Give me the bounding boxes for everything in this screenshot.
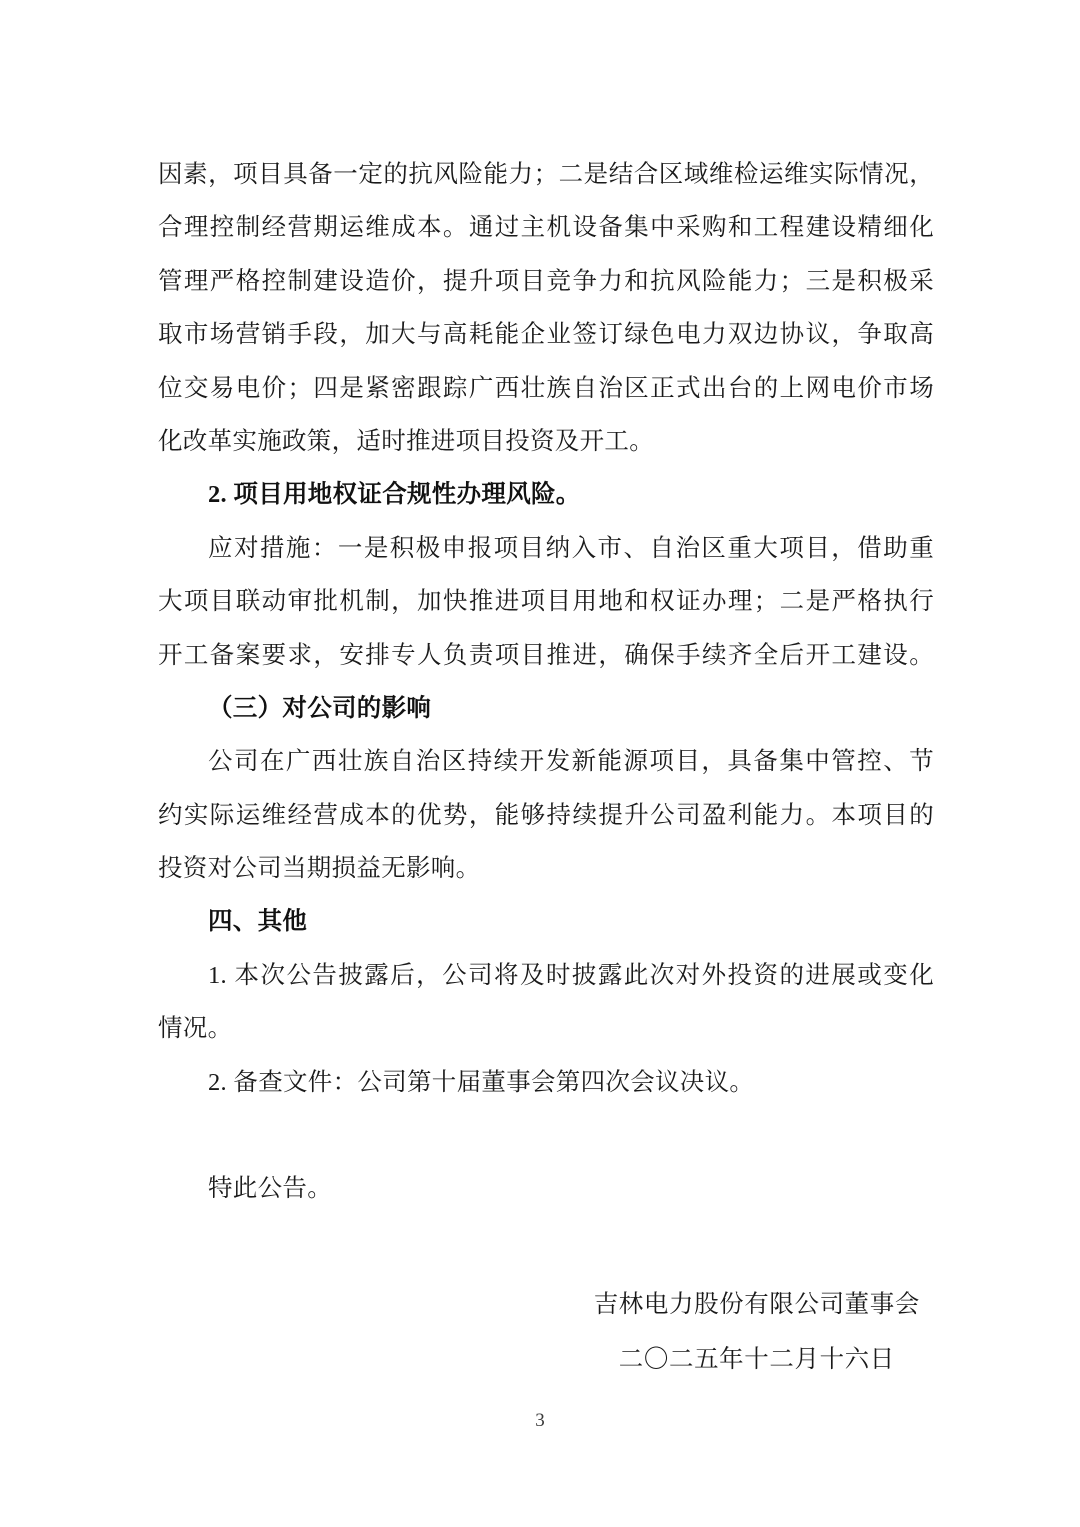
- signature-date: 二〇二五年十二月十六日: [619, 1332, 895, 1387]
- body-line: 公司在广西壮族自治区持续开发新能源项目，具备集中管控、节: [158, 735, 934, 788]
- body-line: 大项目联动审批机制，加快推进项目用地和权证办理；二是严格执行: [158, 575, 934, 628]
- section-heading-other: 四、其他: [158, 895, 934, 948]
- body-line: 1. 本次公告披露后，公司将及时披露此次对外投资的进展或变化: [158, 949, 934, 1002]
- document-page: 因素，项目具备一定的抗风险能力；二是结合区域维检运维实际情况， 合理控制经营期运…: [0, 0, 1080, 1527]
- body-line: 位交易电价；四是紧密跟踪广西壮族自治区正式出台的上网电价市场: [158, 362, 934, 415]
- body-line: 化改革实施政策，适时推进项目投资及开工。: [158, 415, 934, 468]
- section-heading-risk-2: 2. 项目用地权证合规性办理风险。: [158, 468, 934, 521]
- signature-company: 吉林电力股份有限公司董事会: [594, 1277, 920, 1332]
- blank-line: [158, 1109, 934, 1162]
- page-number: 3: [0, 1410, 1080, 1432]
- section-heading-company-impact: （三）对公司的影响: [158, 682, 934, 735]
- closing-statement: 特此公告。: [158, 1162, 934, 1215]
- body-line: 合理控制经营期运维成本。通过主机设备集中采购和工程建设精细化: [158, 201, 934, 254]
- body-line: 2. 备查文件：公司第十届董事会第四次会议决议。: [158, 1056, 934, 1109]
- body-line: 约实际运维经营成本的优势，能够持续提升公司盈利能力。本项目的: [158, 789, 934, 842]
- body-line: 投资对公司当期损益无影响。: [158, 842, 934, 895]
- body-line: 因素，项目具备一定的抗风险能力；二是结合区域维检运维实际情况，: [158, 148, 934, 201]
- signature-block: 吉林电力股份有限公司董事会 二〇二五年十二月十六日: [594, 1277, 920, 1387]
- body-line: 开工备案要求，安排专人负责项目推进，确保手续齐全后开工建设。: [158, 629, 934, 682]
- document-body: 因素，项目具备一定的抗风险能力；二是结合区域维检运维实际情况， 合理控制经营期运…: [158, 148, 934, 1216]
- body-line: 应对措施：一是积极申报项目纳入市、自治区重大项目，借助重: [158, 522, 934, 575]
- body-line: 情况。: [158, 1002, 934, 1055]
- body-line: 取市场营销手段，加大与高耗能企业签订绿色电力双边协议，争取高: [158, 308, 934, 361]
- body-line: 管理严格控制建设造价，提升项目竞争力和抗风险能力；三是积极采: [158, 255, 934, 308]
